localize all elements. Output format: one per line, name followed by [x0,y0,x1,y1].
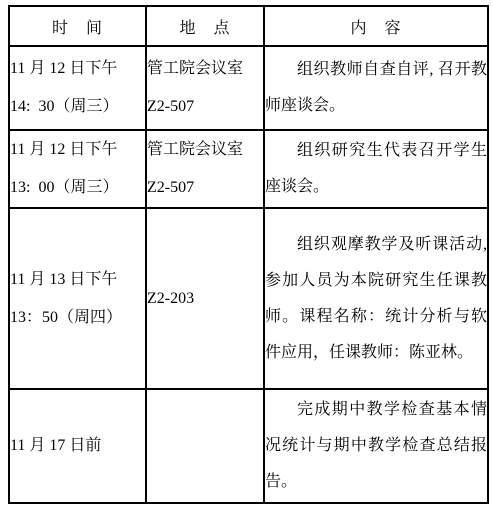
header-row: 时 间 地 点 内 容 [9,6,488,46]
column-header-place: 地 点 [146,6,264,46]
location-room-line: Z2-507 [147,88,263,126]
table-row: 11 月 17 日前 完成期中教学检查基本情况统计与期中教学检查总结报告。 [9,389,488,503]
content-cell: 组织研究生代表召开学生座谈会。 [264,130,488,208]
content-text: 组织研究生代表召开学生座谈会。 [265,133,487,205]
time-date-line: 11 月 12 日下午 [10,131,145,169]
schedule-table: 时 间 地 点 内 容 11 月 12 日下午 14: 30（周三） 管工院会议… [8,5,489,504]
location-cell: 管工院会议室 Z2-507 [146,130,264,208]
time-clock-line: 13: 00（周三） [10,169,145,207]
location-name-line: 管工院会议室 [147,50,263,88]
location-cell: Z2-203 [146,208,264,389]
location-cell-empty [146,389,264,503]
time-date-line: 11 月 12 日下午 [10,50,145,88]
location-cell: 管工院会议室 Z2-507 [146,46,264,130]
content-cell: 组织观摩教学及听课活动, 参加人员为本院研究生任课教师。课程名称：统计分析与软件… [264,208,488,389]
time-clock-line: 13：50（周四） [10,299,145,337]
time-cell: 11 月 12 日下午 14: 30（周三） [9,46,146,130]
content-text: 组织观摩教学及听课活动, 参加人员为本院研究生任课教师。课程名称：统计分析与软件… [265,227,487,371]
time-date-line: 11 月 13 日下午 [10,261,145,299]
location-room-line: Z2-203 [147,280,263,318]
content-cell: 完成期中教学检查基本情况统计与期中教学检查总结报告。 [264,389,488,503]
time-clock-line: 14: 30（周三） [10,88,145,126]
time-cell: 11 月 12 日下午 13: 00（周三） [9,130,146,208]
time-cell: 11 月 13 日下午 13：50（周四） [9,208,146,389]
location-room-line: Z2-507 [147,169,263,207]
column-header-content: 内 容 [264,6,488,46]
content-text: 完成期中教学检查基本情况统计与期中教学检查总结报告。 [265,392,487,500]
time-cell: 11 月 17 日前 [9,389,146,503]
table-row: 11 月 12 日下午 13: 00（周三） 管工院会议室 Z2-507 组织研… [9,130,488,208]
table-row: 11 月 12 日下午 14: 30（周三） 管工院会议室 Z2-507 组织教… [9,46,488,130]
table-row: 11 月 13 日下午 13：50（周四） Z2-203 组织观摩教学及听课活动… [9,208,488,389]
time-date-line: 11 月 17 日前 [10,427,145,465]
location-name-line: 管工院会议室 [147,131,263,169]
content-text: 组织教师自查自评, 召开教师座谈会。 [265,52,487,124]
column-header-time: 时 间 [9,6,146,46]
document-page: 时 间 地 点 内 容 11 月 12 日下午 14: 30（周三） 管工院会议… [0,0,493,506]
content-cell: 组织教师自查自评, 召开教师座谈会。 [264,46,488,130]
